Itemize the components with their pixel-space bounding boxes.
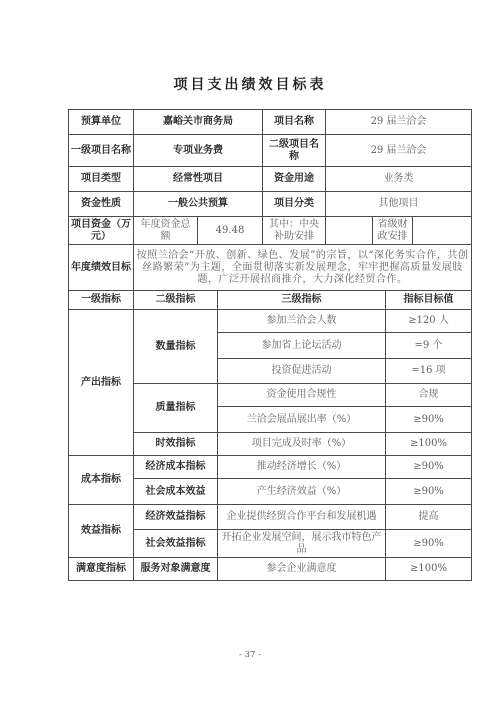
indicator-name: 项目完成及时率（%） [218,433,386,456]
level2-project-value: 29 届兰洽会 [326,135,472,167]
level1-project-value: 专项业务费 [134,135,263,167]
indicator-target: ≥120 人 [386,310,472,333]
indicator-target: 合规 [386,384,472,407]
info-row-3: 项目类型 经常性项目 资金用途 业务类 [69,167,472,192]
indicator-target: ≥90% [386,530,472,558]
indicator-row: 产出指标 数量指标 参加兰洽会人数 ≥120 人 [69,310,472,333]
indicator-target: 提高 [386,505,472,530]
fund-nature-label: 资金性质 [69,192,134,217]
level2-timeliness: 时效指标 [134,433,218,456]
fund-nature-value: 一般公共预算 [134,192,263,217]
annual-goal-label: 年度绩效目标 [69,245,134,291]
performance-table: 预算单位 嘉峪关市商务局 项目名称 29 届兰洽会 一级项目名称 专项业务费 二… [68,109,472,581]
level2-quantity: 数量指标 [134,310,218,384]
indicator-target: ≥90% [386,456,472,479]
indicator-target: ≥100% [386,433,472,456]
indicator-row: 满意度指标 服务对象满意度 参会企业满意度 ≥100% [69,558,472,581]
indicator-target: =16 项 [386,359,472,384]
level1-cost: 成本指标 [69,456,134,505]
project-type-label: 项目类型 [69,167,134,192]
annual-total-value: 49.48 [198,217,263,245]
level1-satisfaction: 满意度指标 [69,558,134,581]
header-level2: 二级指标 [134,291,218,310]
indicator-target: ≥90% [386,407,472,433]
header-target: 指标目标值 [386,291,472,310]
info-row-1: 预算单位 嘉峪关市商务局 项目名称 29 届兰洽会 [69,110,472,135]
funding-row: 项目资金（万元） 年度资金总额 49.48 其中：中央补助安排 省级财政安排 [69,217,472,245]
indicator-row: 效益指标 经济效益指标 企业提供经贸合作平台和发展机遇 提高 [69,505,472,530]
annual-goal-row: 年度绩效目标 按照兰洽会“开放、创新、绿色、发展”的宗旨，以“深化务实合作，共创… [69,245,472,291]
level2-service-satisfaction: 服务对象满意度 [134,558,218,581]
central-subsidy-label: 其中：中央补助安排 [263,217,326,245]
fund-use-label: 资金用途 [263,167,326,192]
indicator-name: 参加兰洽会人数 [218,310,386,333]
project-type-value: 经常性项目 [134,167,263,192]
budget-unit-value: 嘉峪关市商务局 [134,110,263,135]
indicator-header-row: 一级指标 二级指标 三级指标 指标目标值 [69,291,472,310]
level1-benefit: 效益指标 [69,505,134,558]
project-class-value: 其他项目 [326,192,472,217]
funding-label: 项目资金（万元） [69,217,134,245]
indicator-row: 成本指标 经济成本指标 推动经济增长（%） ≥90% [69,456,472,479]
project-class-label: 项目分类 [263,192,326,217]
provincial-label: 省级财政安排 [373,217,413,245]
indicator-name: 企业提供经贸合作平台和发展机遇 [218,505,386,530]
indicator-target: ≥90% [386,479,472,505]
level2-social-cost: 社会成本效益 [134,479,218,505]
header-level1: 一级指标 [69,291,134,310]
doc-title: 项目支出绩效目标表 [0,0,500,94]
project-name-label: 项目名称 [263,110,326,135]
info-row-4: 资金性质 一般公共预算 项目分类 其他项目 [69,192,472,217]
indicator-name: 开拓企业发展空间，展示我市特色产品 [218,530,386,558]
level1-output: 产出指标 [69,310,134,456]
document-page: { "page": { "title": "项目支出绩效目标表", "page_… [0,0,500,707]
fund-use-value: 业务类 [326,167,472,192]
indicator-name: 资金使用合规性 [218,384,386,407]
annual-goal-text: 按照兰洽会“开放、创新、绿色、发展”的宗旨，以“深化务实合作，共创丝路繁荣”为主… [134,245,472,291]
level2-project-label: 二级项目名称 [263,135,326,167]
indicator-name: 推动经济增长（%） [218,456,386,479]
header-level3: 三级指标 [218,291,386,310]
indicator-name: 兰洽会展品展出率（%） [218,407,386,433]
central-subsidy-value [326,217,373,245]
project-name-value: 29 届兰洽会 [326,110,472,135]
indicator-target: ≥100% [386,558,472,581]
level2-economic-cost: 经济成本指标 [134,456,218,479]
indicator-target: =9 个 [386,333,472,359]
budget-unit-label: 预算单位 [69,110,134,135]
indicator-name: 产生经济效益（%） [218,479,386,505]
level1-project-label: 一级项目名称 [69,135,134,167]
indicator-name: 参加省上论坛活动 [218,333,386,359]
level2-social-benefit: 社会效益指标 [134,530,218,558]
annual-total-label: 年度资金总额 [134,217,198,245]
level2-quality: 质量指标 [134,384,218,433]
indicator-name: 投资促进活动 [218,359,386,384]
page-number: - 37 - [0,650,500,660]
level2-economic-benefit: 经济效益指标 [134,505,218,530]
indicator-name: 参会企业满意度 [218,558,386,581]
info-row-2: 一级项目名称 专项业务费 二级项目名称 29 届兰洽会 [69,135,472,167]
provincial-value [413,217,472,245]
